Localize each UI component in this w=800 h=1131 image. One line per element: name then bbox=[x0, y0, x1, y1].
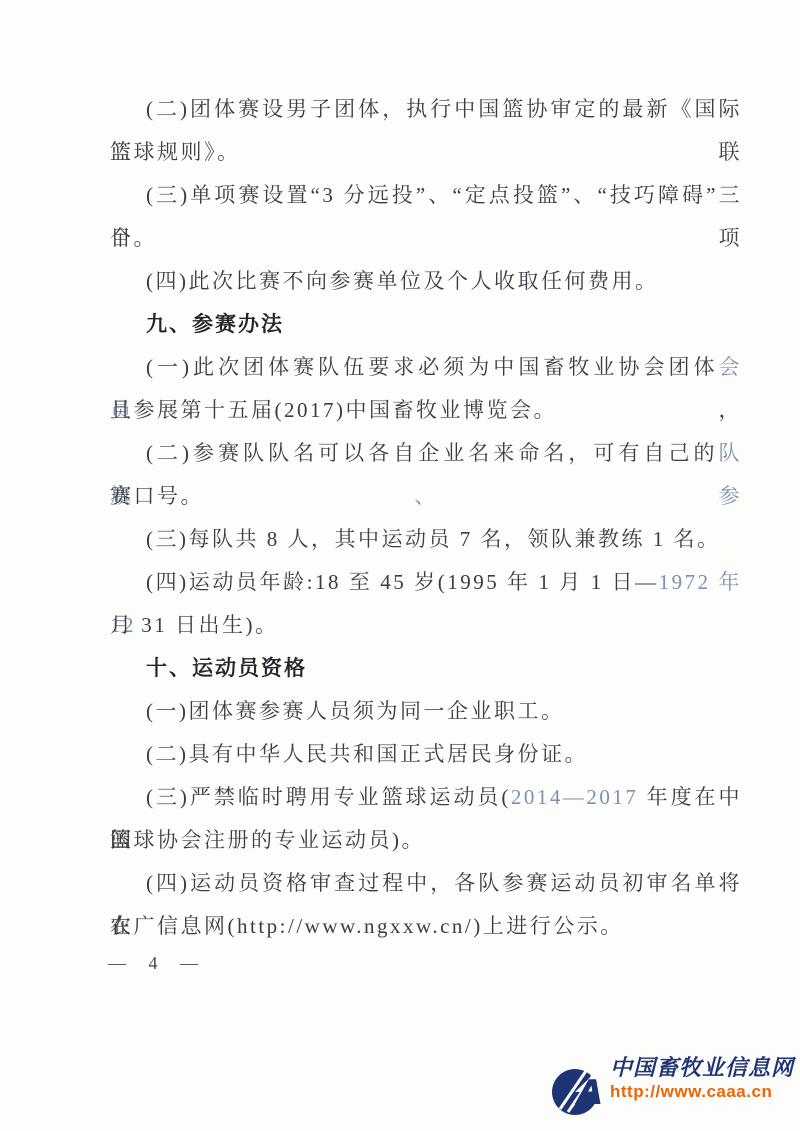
text-line: (二)具有中华人民共和国正式居民身份证。 bbox=[110, 733, 742, 776]
text-segment: (三)严禁临时聘用专业篮球运动员( bbox=[146, 785, 511, 809]
text-segment: 农广信息网(http://www.ngxxw.cn/)上进行公示。 bbox=[110, 914, 624, 938]
text-line: (四)此次比赛不向参赛单位及个人收取任何费用。 bbox=[110, 260, 742, 303]
text-line: (三)单项赛设置“3 分远投”、“定点投篮”、“技巧障碍”三个项 bbox=[110, 174, 742, 217]
site-watermark: A 中国畜牧业信息网 http://www.caaa.cn bbox=[550, 1055, 794, 1117]
text-segment: 十、运动员资格 bbox=[146, 657, 307, 680]
text-line: (二)团体赛设男子团体，执行中国篮协审定的最新《国际篮联 bbox=[110, 88, 742, 131]
text-segment-faded: 2014—2017 bbox=[511, 785, 639, 809]
document-page: (二)团体赛设男子团体，执行中国篮协审定的最新《国际篮联篮球规则》。(三)单项赛… bbox=[0, 0, 800, 1131]
text-segment: 且参展第十五届(2017)中国畜牧业博览会。 bbox=[110, 398, 557, 422]
text-segment: 月 31 日出生)。 bbox=[110, 613, 279, 637]
text-line: (三)严禁临时聘用专业篮球运动员(2014—2017 年度在中国 bbox=[110, 776, 742, 819]
text-line: 篮球协会注册的专业运动员)。 bbox=[110, 819, 742, 862]
site-name: 中国畜牧业信息网 bbox=[610, 1055, 794, 1081]
text-segment: 篮球协会注册的专业运动员)。 bbox=[110, 828, 425, 852]
text-line: (一)此次团体赛队伍要求必须为中国畜牧业协会团体会员， bbox=[110, 346, 742, 389]
text-segment: 篮球规则》。 bbox=[110, 140, 241, 164]
text-line: (一)团体赛参赛人员须为同一企业职工。 bbox=[110, 690, 742, 733]
svg-text:A: A bbox=[574, 1073, 603, 1113]
site-watermark-text: 中国畜牧业信息网 http://www.caaa.cn bbox=[610, 1055, 794, 1103]
site-url-link[interactable]: http://www.caaa.cn bbox=[610, 1081, 794, 1103]
text-line: (二)参赛队队名可以各自企业名来命名，可有自己的队旗、参 bbox=[110, 432, 742, 475]
text-line: 月 31 日出生)。 bbox=[110, 604, 742, 647]
text-segment: (一)团体赛参赛人员须为同一企业职工。 bbox=[146, 699, 565, 723]
text-segment: 目。 bbox=[110, 226, 157, 250]
text-line: (四)运动员年龄:18 至 45 岁(1995 年 1 月 1 日—1972 年… bbox=[110, 561, 742, 604]
document-body: (二)团体赛设男子团体，执行中国篮协审定的最新《国际篮联篮球规则》。(三)单项赛… bbox=[110, 88, 742, 948]
section-heading: 十、运动员资格 bbox=[110, 647, 742, 690]
page-number: — 4 — bbox=[108, 948, 202, 978]
text-line: (四)运动员资格审查过程中，各队参赛运动员初审名单将在 bbox=[110, 862, 742, 905]
text-segment: (三)单项赛设置“3 分远投”、“定点投篮”、“技巧障碍”三个项 bbox=[110, 183, 742, 250]
section-heading: 九、参赛办法 bbox=[110, 303, 742, 346]
caaa-monogram-icon: A bbox=[550, 1061, 608, 1117]
text-segment: (三)每队共 8 人，其中运动员 7 名，领队兼教练 1 名。 bbox=[146, 527, 721, 551]
text-segment: ， bbox=[719, 398, 743, 422]
text-line: 农广信息网(http://www.ngxxw.cn/)上进行公示。 bbox=[110, 905, 742, 948]
text-segment: (二)具有中华人民共和国正式居民身份证。 bbox=[146, 742, 588, 766]
text-line: (三)每队共 8 人，其中运动员 7 名，领队兼教练 1 名。 bbox=[110, 518, 742, 561]
text-segment: 赛口号。 bbox=[110, 484, 204, 508]
text-segment: (二)参赛队队名可以各自企业名来命名，可有自己的 bbox=[146, 441, 719, 465]
text-segment: (四)此次比赛不向参赛单位及个人收取任何费用。 bbox=[146, 269, 658, 293]
text-segment: (一)此次团体赛队伍要求必须为中国畜牧业协会团体 bbox=[146, 355, 719, 379]
text-segment: 九、参赛办法 bbox=[146, 313, 284, 336]
text-segment: (四)运动员年龄:18 至 45 岁(1995 年 1 月 1 日— bbox=[146, 570, 659, 594]
